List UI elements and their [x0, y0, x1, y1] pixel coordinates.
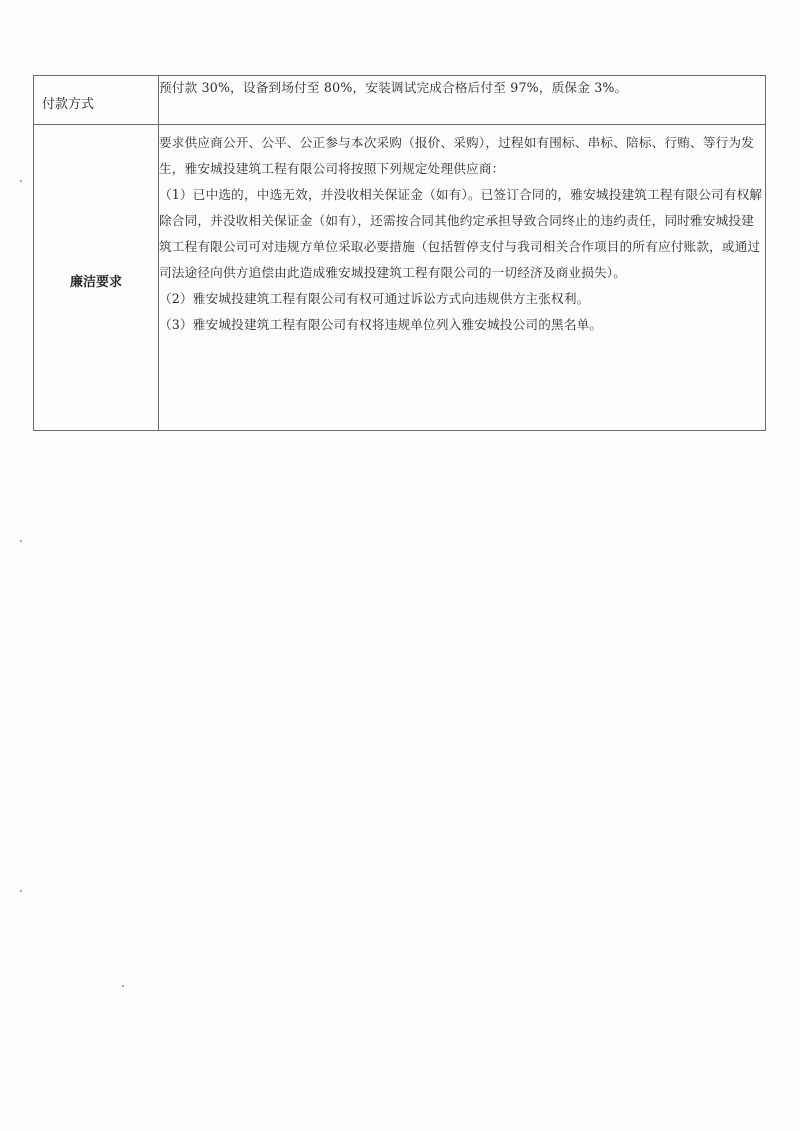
scan-speck: [20, 180, 22, 182]
integrity-requirements-content: 要求供应商公开、公平、公正参与本次采购（报价、采购），过程如有围标、串标、陪标、…: [159, 125, 766, 431]
scan-speck: [122, 985, 124, 987]
integrity-requirements-label: 廉洁要求: [34, 125, 159, 431]
terms-table: 付款方式 预付款 30%，设备到场付至 80%，安装调试完成合格后付至 97%，…: [33, 75, 766, 431]
payment-terms-text: 预付款 30%，设备到场付至 80%，安装调试完成合格后付至 97%，质保金 3…: [159, 76, 765, 100]
integrity-clause-3: （3）雅安城投建筑工程有限公司有权将违规单位列入雅安城投公司的黑名单。: [159, 312, 765, 338]
payment-method-label: 付款方式: [34, 76, 159, 125]
integrity-clause-2: （2）雅安城投建筑工程有限公司有权可通过诉讼方式向违规供方主张权利。: [159, 286, 765, 312]
integrity-intro-paragraph: 要求供应商公开、公平、公正参与本次采购（报价、采购），过程如有围标、串标、陪标、…: [159, 130, 765, 182]
scan-speck: [20, 890, 22, 892]
table-row-payment: 付款方式 预付款 30%，设备到场付至 80%，安装调试完成合格后付至 97%，…: [34, 76, 766, 125]
payment-method-content: 预付款 30%，设备到场付至 80%，安装调试完成合格后付至 97%，质保金 3…: [159, 76, 766, 125]
scan-speck: [20, 540, 22, 542]
document-page: 付款方式 预付款 30%，设备到场付至 80%，安装调试完成合格后付至 97%，…: [0, 0, 800, 1131]
table-row-integrity: 廉洁要求 要求供应商公开、公平、公正参与本次采购（报价、采购），过程如有围标、串…: [34, 125, 766, 431]
integrity-clause-1: （1）已中选的，中选无效，并没收相关保证金（如有）。已签订合同的，雅安城投建筑工…: [159, 182, 765, 286]
